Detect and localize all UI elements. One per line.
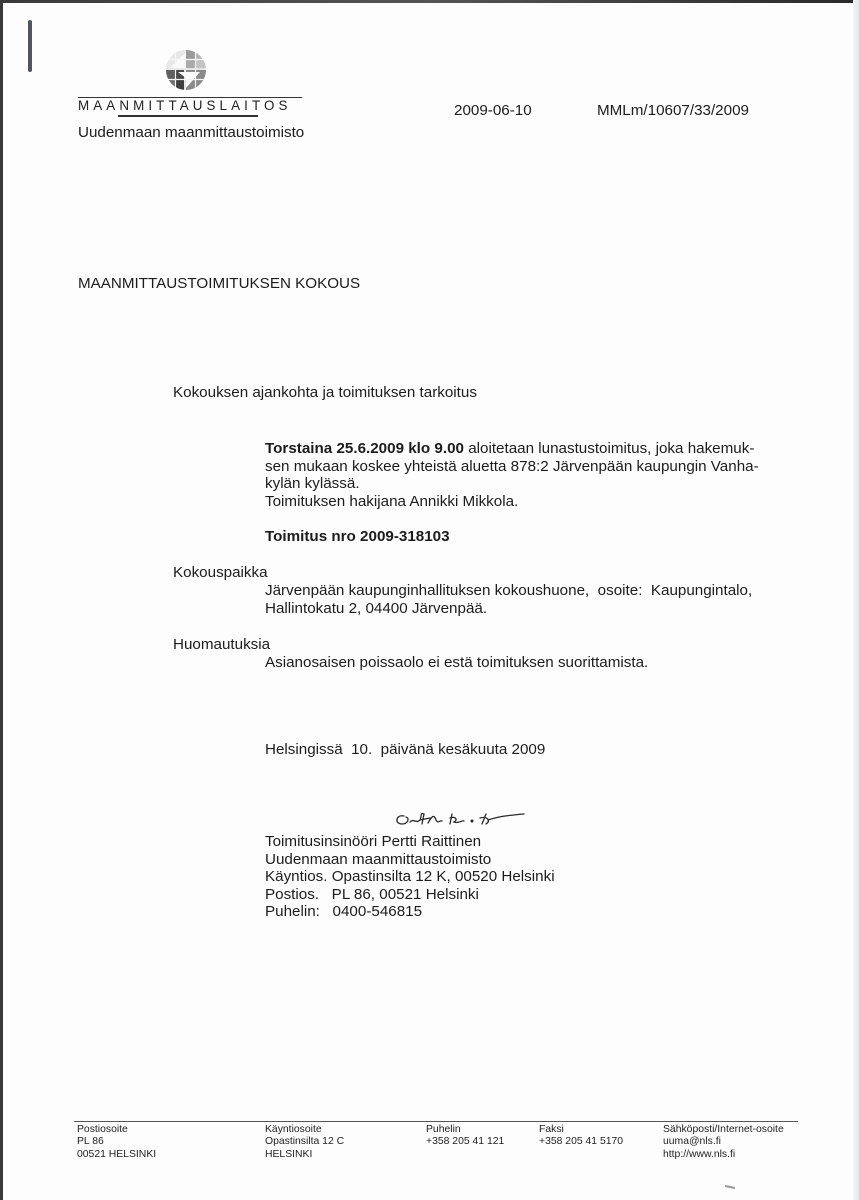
footer-email-web: Sähköposti/Internet-osoite uuma@nls.fi h… — [663, 1124, 784, 1161]
signer-name: Toimitusinsinööri Pertti Raittinen — [265, 833, 555, 851]
organization-name: MAANMITTAUSLAITOS — [78, 98, 292, 113]
toimitus-number: Toimitus nro 2009-318103 — [265, 528, 450, 545]
purpose-line-2: sen mukaan koskee yhteistä aluetta 878:2… — [265, 458, 785, 476]
office-name: Uudenmaan maanmittaustoimisto — [78, 124, 304, 141]
signer-post-address: Postios. PL 86, 00521 Helsinki — [265, 886, 555, 904]
footer-value: HELSINKI — [265, 1149, 344, 1161]
brand-rule-bottom — [118, 115, 258, 117]
footer-label: Käyntiosoite — [265, 1124, 344, 1136]
footer-value: Opastinsilta 12 C — [265, 1136, 344, 1148]
notes-line-1: Asianosaisen poissaolo ei estä toimituks… — [265, 654, 785, 672]
document-title: MAANMITTAUSTOIMITUKSEN KOKOUS — [78, 275, 360, 292]
venue-paragraph: Järvenpään kaupunginhallituksen kokoushu… — [265, 582, 785, 617]
section-heading-purpose: Kokouksen ajankohta ja toimituksen tarko… — [173, 384, 477, 401]
footer-value: PL 86 — [77, 1136, 156, 1148]
section-heading-notes: Huomautuksia — [173, 636, 270, 653]
venue-line-1: Järvenpään kaupunginhallituksen kokoushu… — [265, 582, 785, 600]
footer-label: Sähköposti/Internet-osoite — [663, 1124, 784, 1136]
document-date: 2009-06-10 — [454, 102, 532, 119]
footer-postal-address: Postiosoite PL 86 00521 HELSINKI — [77, 1124, 156, 1161]
venue-line-2: Hallintokatu 2, 04400 Järvenpää. — [265, 600, 785, 618]
footer-visiting-address: Käyntiosoite Opastinsilta 12 C HELSINKI — [265, 1124, 344, 1161]
applicant-line: Toimituksen hakijana Annikki Mikkola. — [265, 493, 785, 511]
purpose-line-1: aloitetaan lunastustoimitus, joka hakemu… — [464, 440, 754, 457]
scan-left-edge — [0, 0, 3, 1200]
footer-phone: Puhelin +358 205 41 121 — [426, 1124, 504, 1149]
signer-office: Uudenmaan maanmittaustoimisto — [265, 851, 555, 869]
binder-clip-mark — [28, 20, 32, 72]
signature-block: Toimitusinsinööri Pertti Raittinen Uuden… — [265, 833, 555, 921]
footer-fax: Faksi +358 205 41 5170 — [539, 1124, 623, 1149]
signer-visit-address: Käyntios. Opastinsilta 12 K, 00520 Helsi… — [265, 868, 555, 886]
nls-globe-logo-icon — [164, 48, 208, 92]
footer-web-link[interactable]: http://www.nls.fi — [663, 1149, 784, 1161]
purpose-line-3: kylän kylässä. — [265, 475, 785, 493]
handwritten-signature-icon — [390, 806, 530, 834]
purpose-paragraph: Torstaina 25.6.2009 klo 9.00 aloitetaan … — [265, 440, 785, 510]
footer-label: Puhelin — [426, 1124, 504, 1136]
footer-label: Faksi — [539, 1124, 623, 1136]
footer-email-link[interactable]: uuma@nls.fi — [663, 1136, 784, 1148]
scan-top-edge — [0, 0, 859, 3]
signer-phone: Puhelin: 0400-546815 — [265, 903, 555, 921]
document-reference: MMLm/10607/33/2009 — [597, 102, 749, 119]
notes-paragraph: Asianosaisen poissaolo ei estä toimituks… — [265, 654, 785, 672]
footer-value: +358 205 41 5170 — [539, 1136, 623, 1148]
footer-label: Postiosoite — [77, 1124, 156, 1136]
footer-value: 00521 HELSINKI — [77, 1149, 156, 1161]
meeting-datetime: Torstaina 25.6.2009 klo 9.00 — [265, 440, 464, 457]
scan-right-edge — [853, 0, 859, 1200]
scan-smudge — [725, 1185, 735, 1189]
section-heading-venue: Kokouspaikka — [173, 564, 268, 581]
footer-rule — [74, 1121, 798, 1122]
footer-value: +358 205 41 121 — [426, 1136, 504, 1148]
place-and-date: Helsingissä 10. päivänä kesäkuuta 2009 — [265, 741, 545, 758]
